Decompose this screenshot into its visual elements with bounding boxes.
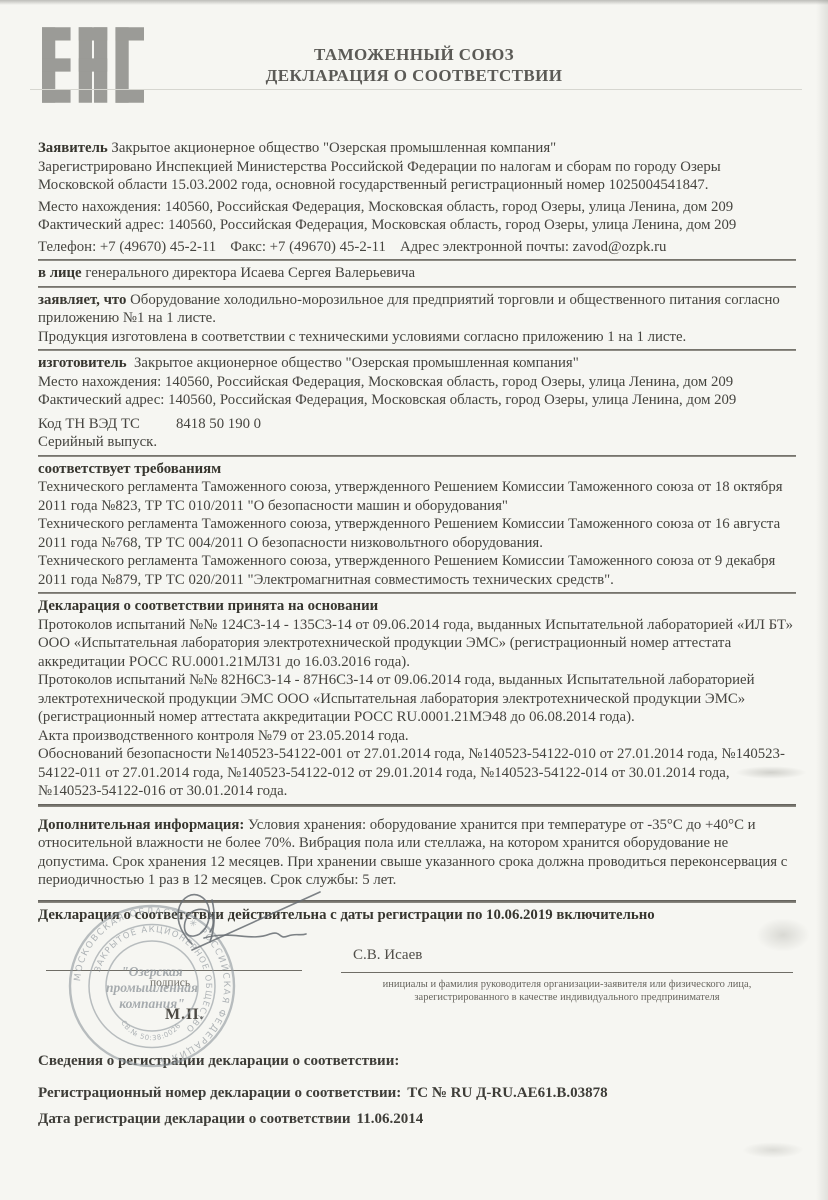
applicant-actual-address: Фактический адрес: 140560, Российская Фе… [38,216,796,235]
scan-artifact [756,918,810,952]
conformity-item: Технического регламента Таможенного союз… [38,478,796,515]
scan-artifact [735,766,807,779]
divider [38,259,796,261]
applicant-phone: Телефон: +7 (49670) 45-2-11 [38,239,216,255]
basis-item: Акта производственного контроля №79 от 2… [38,727,796,746]
signature-note-2: зарегистрированного в качестве индивидуа… [341,991,793,1004]
divider [38,286,796,288]
divider [38,455,796,457]
title-line-2: ДЕКЛАРАЦИЯ О СООТВЕТСТВИИ [0,65,828,86]
handwritten-signature [92,886,328,974]
title-line-1: ТАМОЖЕННЫЙ СОЮЗ [0,44,828,65]
divider [38,349,796,351]
applicant-location: Место нахождения: 140560, Российская Фед… [38,198,796,217]
manufacturer-name: Закрытое акционерное общество "Озерская … [134,355,579,371]
in-person-label: в лице [38,265,82,281]
registration-number-label: Регистрационный номер декларации о соотв… [38,1085,401,1101]
declares-paragraph: заявляет, что Оборудование холодильно-мо… [38,291,796,328]
registration-number-row: Регистрационный номер декларации о соотв… [38,1084,796,1103]
declares-text: Оборудование холодильно-морозильное для … [38,292,780,327]
manufacturer-label: изготовитель [38,355,127,371]
additional-info-paragraph: Дополнительная информация: Условия хране… [38,816,796,890]
stamp-center-line-2: промышленная [106,980,198,995]
applicant-paragraph: Заявитель Закрытое акционерное общество … [38,139,796,195]
basis-item: Протоколов испытаний №№ 124С3-14 - 135С3… [38,616,796,672]
name-line [341,972,793,973]
applicant-contacts: Телефон: +7 (49670) 45-2-11Факс: +7 (496… [38,238,796,257]
registration-date-row: Дата регистрации декларации о соответств… [38,1110,796,1129]
serial-row: Серийный выпуск. [38,433,796,452]
basis-label: Декларация о соответствии принята на осн… [38,597,796,616]
applicant-label: Заявитель [38,140,108,156]
conformity-label: соответствует требованиям [38,460,796,479]
tnved-value: 8418 50 190 0 [176,416,261,432]
declaration-document: ТАМОЖЕННЫЙ СОЮЗ ДЕКЛАРАЦИЯ О СООТВЕТСТВИ… [0,0,828,1200]
head-name: С.В. Исаев [353,946,422,965]
divider [38,804,796,807]
basis-item: Обоснований безопасности №140523-54122-0… [38,745,796,801]
registration-number-value: ТС № RU Д-RU.АЕ61.В.03878 [407,1085,607,1101]
declares-label: заявляет, что [38,292,126,308]
signature-note-1: инициалы и фамилия руководителя организа… [341,978,793,991]
manufacturer-paragraph: изготовитель Закрытое акционерное общест… [38,354,796,373]
conformity-item: Технического регламента Таможенного союз… [38,552,796,589]
scan-artifact [742,1142,804,1158]
tnved-row: Код ТН ВЭД ТС8418 50 190 0 [38,415,796,434]
registration-date-label: Дата регистрации декларации о соответств… [38,1111,351,1127]
in-person-text: генерального директора Исаева Сергея Вал… [85,265,415,281]
in-person-row: в лице генерального директора Исаева Сер… [38,264,796,283]
divider [38,592,796,594]
applicant-email: Адрес электронной почты: zavod@ozpk.ru [400,239,666,255]
conformity-item: Технического регламента Таможенного союз… [38,515,796,552]
divider [30,89,802,90]
manufacturer-location: Место нахождения: 140560, Российская Фед… [38,373,796,392]
applicant-registration: Зарегистрировано Инспекцией Министерства… [38,159,721,194]
document-title: ТАМОЖЕННЫЙ СОЮЗ ДЕКЛАРАЦИЯ О СООТВЕТСТВИ… [0,44,828,86]
registration-date-value: 11.06.2014 [357,1111,424,1127]
additional-info-label: Дополнительная информация: [38,817,244,833]
applicant-name: Закрытое акционерное общество "Озерская … [111,140,556,156]
basis-item: Протоколов испытаний №№ 82Н6С3-14 - 87Н6… [38,671,796,727]
manufacturer-actual-address: Фактический адрес: 140560, Российская Фе… [38,391,796,410]
tnved-label: Код ТН ВЭД ТС [38,415,176,434]
declares-production: Продукция изготовлена в соответствии с т… [38,328,796,347]
stamp-center-line-3: компания" [119,996,185,1011]
applicant-fax: Факс: +7 (49670) 45-2-11 [230,239,386,255]
